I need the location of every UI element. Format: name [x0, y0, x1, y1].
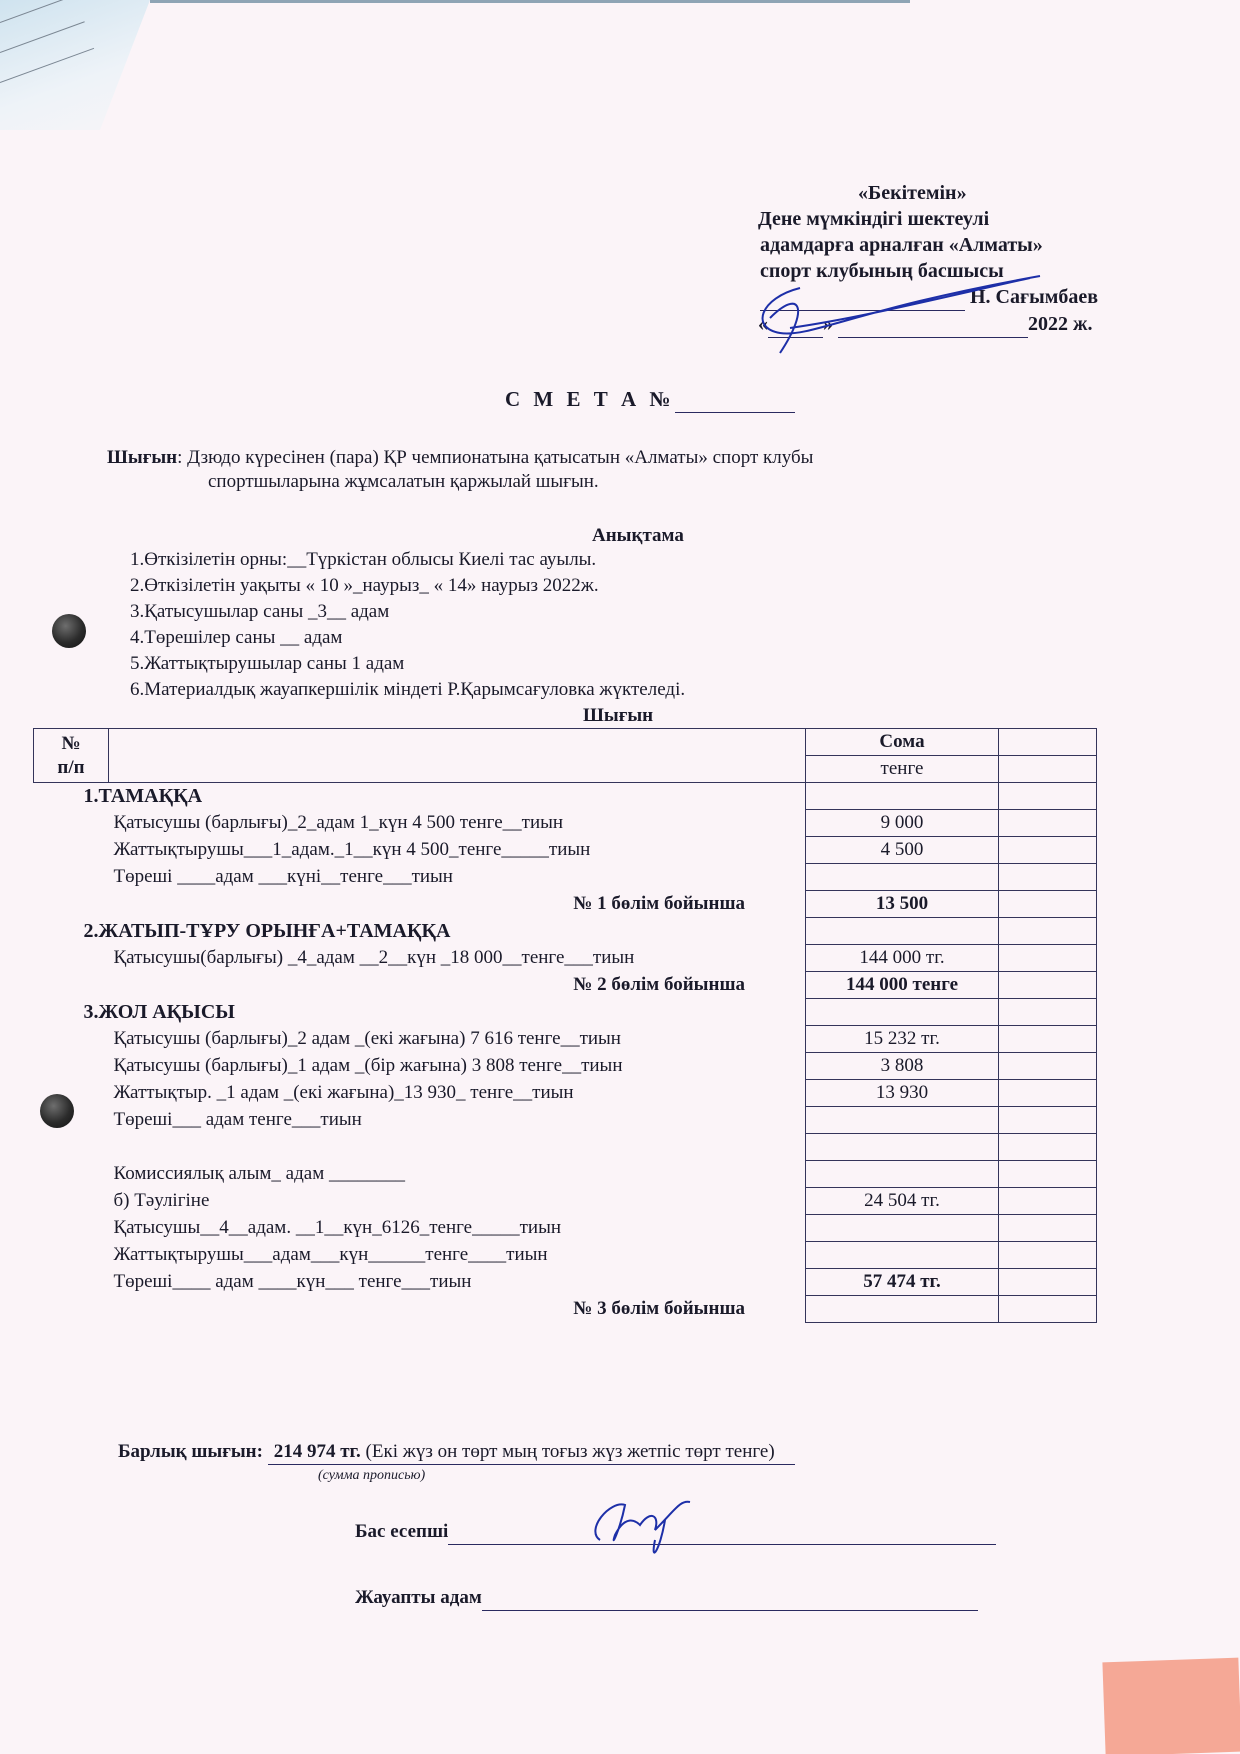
line-item-text: б) Тәулігіне [34, 1188, 806, 1215]
line-item-text: Төреші___ адам тенге___тиын [34, 1107, 806, 1134]
amount-cell: 4 500 [806, 837, 999, 864]
line-item-text: Комиссиялық алым_ адам ________ [34, 1161, 806, 1188]
table-row: Жаттықтырушы___1_адам._1__күн 4 500_тенг… [34, 837, 1097, 864]
table-row: Төреші ____адам ___күні__тенге___тиын [34, 864, 1097, 891]
responsible-label: Жауапты адам [355, 1587, 482, 1608]
purpose-label: Шығын [107, 447, 177, 468]
amount-cell [806, 1296, 999, 1323]
total-words: (Екі жүз он төрт мың тоғыз жүз жетпіс тө… [366, 1441, 775, 1462]
line-item-text: Жаттықтыр. _1 адам _(екі жағына)_13 930_… [34, 1080, 806, 1107]
reference-item: 6.Материалдық жауапкершілік міндеті Р.Қа… [130, 678, 685, 702]
approval-line: адамдарға арналған «Алматы» [760, 232, 1098, 258]
approval-line: Дене мүмкіндігі шектеулі [758, 206, 1098, 232]
table-row: Қатысушы (барлығы)_1 адам _(бір жағына) … [34, 1053, 1097, 1080]
table-row: Қатысушы__4__адам. __1__күн_6126_тенге__… [34, 1215, 1097, 1242]
purpose-line: Шығын: Дзюдо күресінен (пара) ҚР чемпион… [107, 446, 813, 470]
col-num-header: № [40, 732, 102, 756]
director-signature [740, 268, 1060, 358]
table-header-row: № п/п Сома [34, 729, 1097, 756]
col-num-header: п/п [40, 756, 102, 780]
amount-cell [806, 1161, 999, 1188]
sticky-note [1102, 1658, 1240, 1754]
table-row: Қатысушы (барлығы)_2_адам 1_күн 4 500 те… [34, 810, 1097, 837]
subtotal-label: № 2 бөлім бойынша [34, 972, 806, 999]
reference-item: 4.Төрешілер саны __ адам [130, 626, 342, 650]
expense-table: № п/п Сома тенге 1.ТАМАҚҚАҚатысушы (барл… [33, 728, 1097, 1323]
amount-cell [806, 918, 999, 945]
line-item-text: Қатысушы (барлығы)_1 адам _(бір жағына) … [34, 1053, 806, 1080]
total-amount: 214 974 тг. [274, 1441, 361, 1462]
section-title: 2.ЖАТЫП-ТҰРУ ОРЫНҒА+ТАМАҚҚА [34, 918, 806, 945]
total-hint: (сумма прописью) [318, 1464, 425, 1488]
section-title: 1.ТАМАҚҚА [34, 783, 806, 810]
table-row: № 1 бөлім бойынша13 500 [34, 891, 1097, 918]
line-item-text [34, 1134, 806, 1161]
amount-cell [806, 1242, 999, 1269]
amount-cell [806, 1107, 999, 1134]
reference-item: 3.Қатысушылар саны _3__ адам [130, 600, 389, 624]
subtotal-label: № 3 бөлім бойынша [34, 1296, 806, 1323]
reference-item: 2.Өткізілетін уақыты « 10 »_наурыз_ « 14… [130, 574, 599, 598]
amount-cell: 3 808 [806, 1053, 999, 1080]
approval-title: «Бекітемін» [768, 180, 1098, 206]
table-row [34, 1134, 1097, 1161]
table-row: 2.ЖАТЫП-ТҰРУ ОРЫНҒА+ТАМАҚҚА [34, 918, 1097, 945]
line-item-text: Қатысушы__4__адам. __1__күн_6126_тенге__… [34, 1215, 806, 1242]
responsible-signature-line: Жауапты адам [355, 1586, 978, 1611]
table-row: Қатысушы (барлығы)_2 адам _(екі жағына) … [34, 1026, 1097, 1053]
total-line: Барлық шығын: 214 974 тг. (Екі жүз он тө… [118, 1440, 795, 1465]
table-row: Қатысушы(барлығы) _4_адам __2__күн _18 0… [34, 945, 1097, 972]
folded-page-corner [0, 0, 150, 130]
amount-cell [806, 864, 999, 891]
table-row: Төреші___ адам тенге___тиын [34, 1107, 1097, 1134]
subtotal-label: № 1 бөлім бойынша [34, 891, 806, 918]
amount-cell: 9 000 [806, 810, 999, 837]
table-row: Төреші____ адам ____күн___ тенге___тиын5… [34, 1269, 1097, 1296]
line-item-text: Жаттықтырушы___1_адам._1__күн 4 500_тенг… [34, 837, 806, 864]
table-row: № 2 бөлім бойынша144 000 тенге [34, 972, 1097, 999]
line-item-text: Қатысушы (барлығы)_2_адам 1_күн 4 500 те… [34, 810, 806, 837]
section-title: 3.ЖОЛ АҚЫСЫ [34, 999, 806, 1026]
scan-edge [150, 0, 910, 3]
amount-cell: 57 474 тг. [806, 1269, 999, 1296]
accountant-label: Бас есепші [355, 1521, 448, 1542]
amount-cell: 24 504 тг. [806, 1188, 999, 1215]
punch-hole-icon [52, 614, 86, 648]
reference-title: Анықтама [592, 524, 684, 548]
amount-cell [806, 783, 999, 810]
total-label: Барлық шығын: [118, 1441, 263, 1462]
table-row: 3.ЖОЛ АҚЫСЫ [34, 999, 1097, 1026]
reference-item: 5.Жаттықтырушылар саны 1 адам [130, 652, 404, 676]
line-item-text: Төреші____ адам ____күн___ тенге___тиын [34, 1269, 806, 1296]
line-item-text: Жаттықтырушы___адам___күн______тенге____… [34, 1242, 806, 1269]
table-row: 1.ТАМАҚҚА [34, 783, 1097, 810]
purpose-text: спортшыларына жұмсалатын қаржылай шығын. [208, 470, 599, 494]
table-row: Жаттықтырушы___адам___күн______тенге____… [34, 1242, 1097, 1269]
amount-cell: 13 930 [806, 1080, 999, 1107]
table-row: Жаттықтыр. _1 адам _(екі жағына)_13 930_… [34, 1080, 1097, 1107]
col-sum-header: Сома [806, 729, 999, 756]
amount-cell [806, 1134, 999, 1161]
table-row: б) Тәулігіне24 504 тг. [34, 1188, 1097, 1215]
amount-cell [806, 1215, 999, 1242]
table-row: Комиссиялық алым_ адам ________ [34, 1161, 1097, 1188]
line-item-text: Қатысушы (барлығы)_2 адам _(екі жағына) … [34, 1026, 806, 1053]
reference-item: 1.Өткізілетін орны:__Түркістан облысы Ки… [130, 548, 596, 572]
amount-cell: 13 500 [806, 891, 999, 918]
amount-cell: 144 000 тг. [806, 945, 999, 972]
amount-cell: 144 000 тенге [806, 972, 999, 999]
line-item-text: Төреші ____адам ___күні__тенге___тиын [34, 864, 806, 891]
expenses-title: Шығын [583, 704, 653, 728]
amount-cell: 15 232 тг. [806, 1026, 999, 1053]
amount-cell [806, 999, 999, 1026]
table-row: № 3 бөлім бойынша [34, 1296, 1097, 1323]
purpose-text: : Дзюдо күресінен (пара) ҚР чемпионатына… [177, 447, 813, 468]
line-item-text: Қатысушы(барлығы) _4_адам __2__күн _18 0… [34, 945, 806, 972]
accountant-signature [580, 1490, 710, 1570]
page-title: С М Е Т А № [505, 387, 795, 413]
col-currency-header: тенге [806, 756, 999, 783]
